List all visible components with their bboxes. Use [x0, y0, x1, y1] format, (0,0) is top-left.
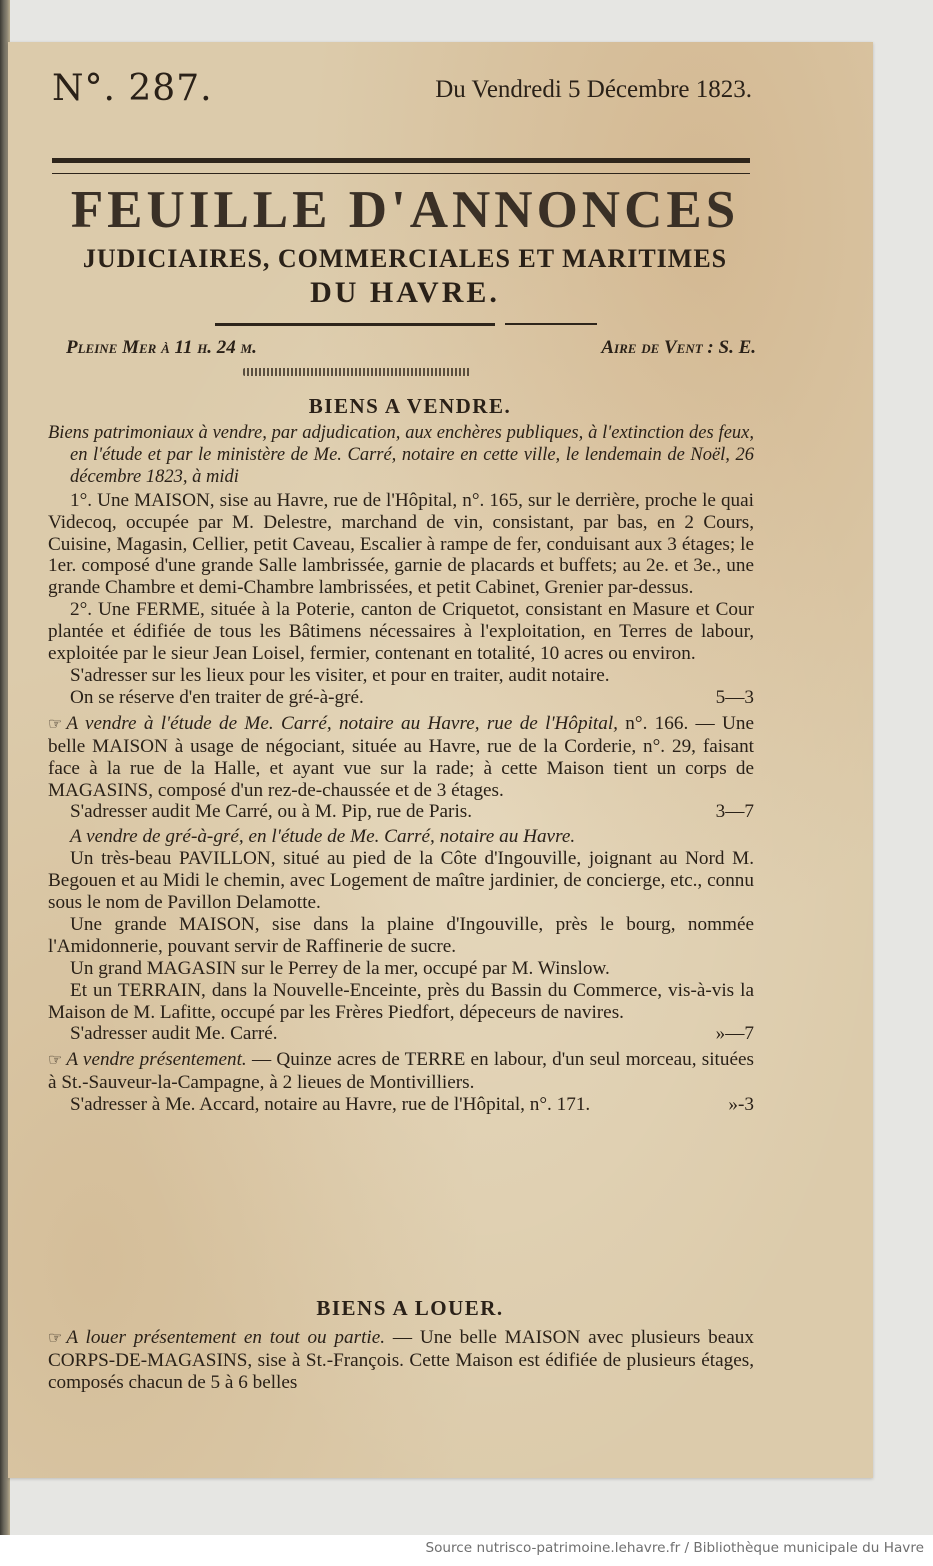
notice-lead: A vendre présentement.	[66, 1049, 246, 1070]
notice-amidonnerie: Une grande MAISON, sise dans la plaine d…	[48, 914, 754, 958]
image-source-caption: Source nutrisco-patrimoine.lehavre.fr / …	[0, 1535, 924, 1566]
masthead-top-line: N°. 287. Du Vendredi 5 Décembre 1823.	[52, 68, 752, 118]
title-rule-left	[215, 323, 495, 326]
newspaper-city: DU HAVRE.	[40, 276, 770, 310]
issue-date: Du Vendredi 5 Décembre 1823.	[435, 76, 752, 104]
newspaper-title: FEUILLE D'ANNONCES	[40, 180, 770, 240]
wavy-ornament-divider	[243, 368, 471, 376]
notice-terre-labour: ☞A vendre présentement. — Quinze acres d…	[48, 1049, 754, 1094]
pointing-hand-icon: ☞	[48, 1328, 62, 1350]
notice-contact: S'adresser à Me. Accard, notaire au Havr…	[48, 1094, 590, 1116]
notice-contact-row: S'adresser audit Me. Carré. »—7	[48, 1023, 754, 1045]
notice-ref: »—7	[716, 1023, 754, 1045]
notice-item-maison: 1°. Une MAISON, sise au Havre, rue de l'…	[48, 490, 754, 600]
notice-lead-gre-a-gre: A vendre de gré-à-gré, en l'étude de Me.…	[48, 826, 754, 848]
notice-adjudication: Biens patrimoniaux à vendre, par adjudic…	[48, 423, 754, 1116]
notice-pavillon: Un très-beau PAVILLON, situé au pied de …	[48, 848, 754, 914]
notice-contact-row: S'adresser audit Me Carré, ou à M. Pip, …	[48, 801, 754, 823]
section-heading-biens-a-vendre: BIENS A VENDRE.	[40, 394, 780, 419]
notice-magasin: Un grand MAGASIN sur le Perrey de la mer…	[48, 958, 754, 980]
section-heading-biens-a-louer: BIENS A LOUER.	[40, 1296, 780, 1321]
title-rule-right	[505, 323, 597, 325]
notice-ref: »-3	[728, 1094, 754, 1116]
notice-rent-text: ☞A louer présentement en tout ou partie.…	[48, 1327, 754, 1394]
notice-ref: 5—3	[716, 687, 754, 709]
pointing-hand-icon: ☞	[48, 1050, 62, 1072]
notice-intro: Biens patrimoniaux à vendre, par adjudic…	[48, 423, 754, 489]
pointing-hand-icon: ☞	[48, 714, 62, 736]
notice-contact: S'adresser audit Me. Carré.	[48, 1023, 278, 1045]
notice-item-ferme: 2°. Une FERME, située à la Poterie, cant…	[48, 599, 754, 665]
notice-contact-row: S'adresser à Me. Accard, notaire au Havr…	[48, 1094, 754, 1116]
notice-reserve-row: On se réserve d'en traiter de gré-à-gré.…	[48, 687, 754, 709]
notice-ref: 3—7	[716, 801, 754, 823]
newspaper-subtitle: JUDICIAIRES, COMMERCIALES ET MARITIMES	[40, 244, 770, 274]
notice-terrain: Et un TERRAIN, dans la Nouvelle-Enceinte…	[48, 980, 754, 1024]
notice-reserve: On se réserve d'en traiter de gré-à-gré.	[48, 687, 364, 709]
notice-lead: A louer présentement en tout ou partie.	[66, 1327, 385, 1348]
notice-lead: A vendre à l'étude de Me. Carré, notaire…	[66, 713, 618, 734]
wind-direction: Aire de Vent : S. E.	[601, 337, 756, 359]
issue-number: N°. 287.	[52, 68, 213, 109]
notice-contact: S'adresser audit Me Carré, ou à M. Pip, …	[48, 801, 472, 823]
notice-contact: S'adresser sur les lieux pour les visite…	[48, 665, 754, 687]
masthead-rule	[52, 158, 750, 174]
high-tide-time: Pleine Mer à 11 h. 24 m.	[66, 337, 257, 359]
tide-wind-line: Pleine Mer à 11 h. 24 m. Aire de Vent : …	[66, 337, 756, 363]
notice-maison-corderie: ☞A vendre à l'étude de Me. Carré, notair…	[48, 713, 754, 802]
notice-location-maison: ☞A louer présentement en tout ou partie.…	[48, 1327, 754, 1394]
